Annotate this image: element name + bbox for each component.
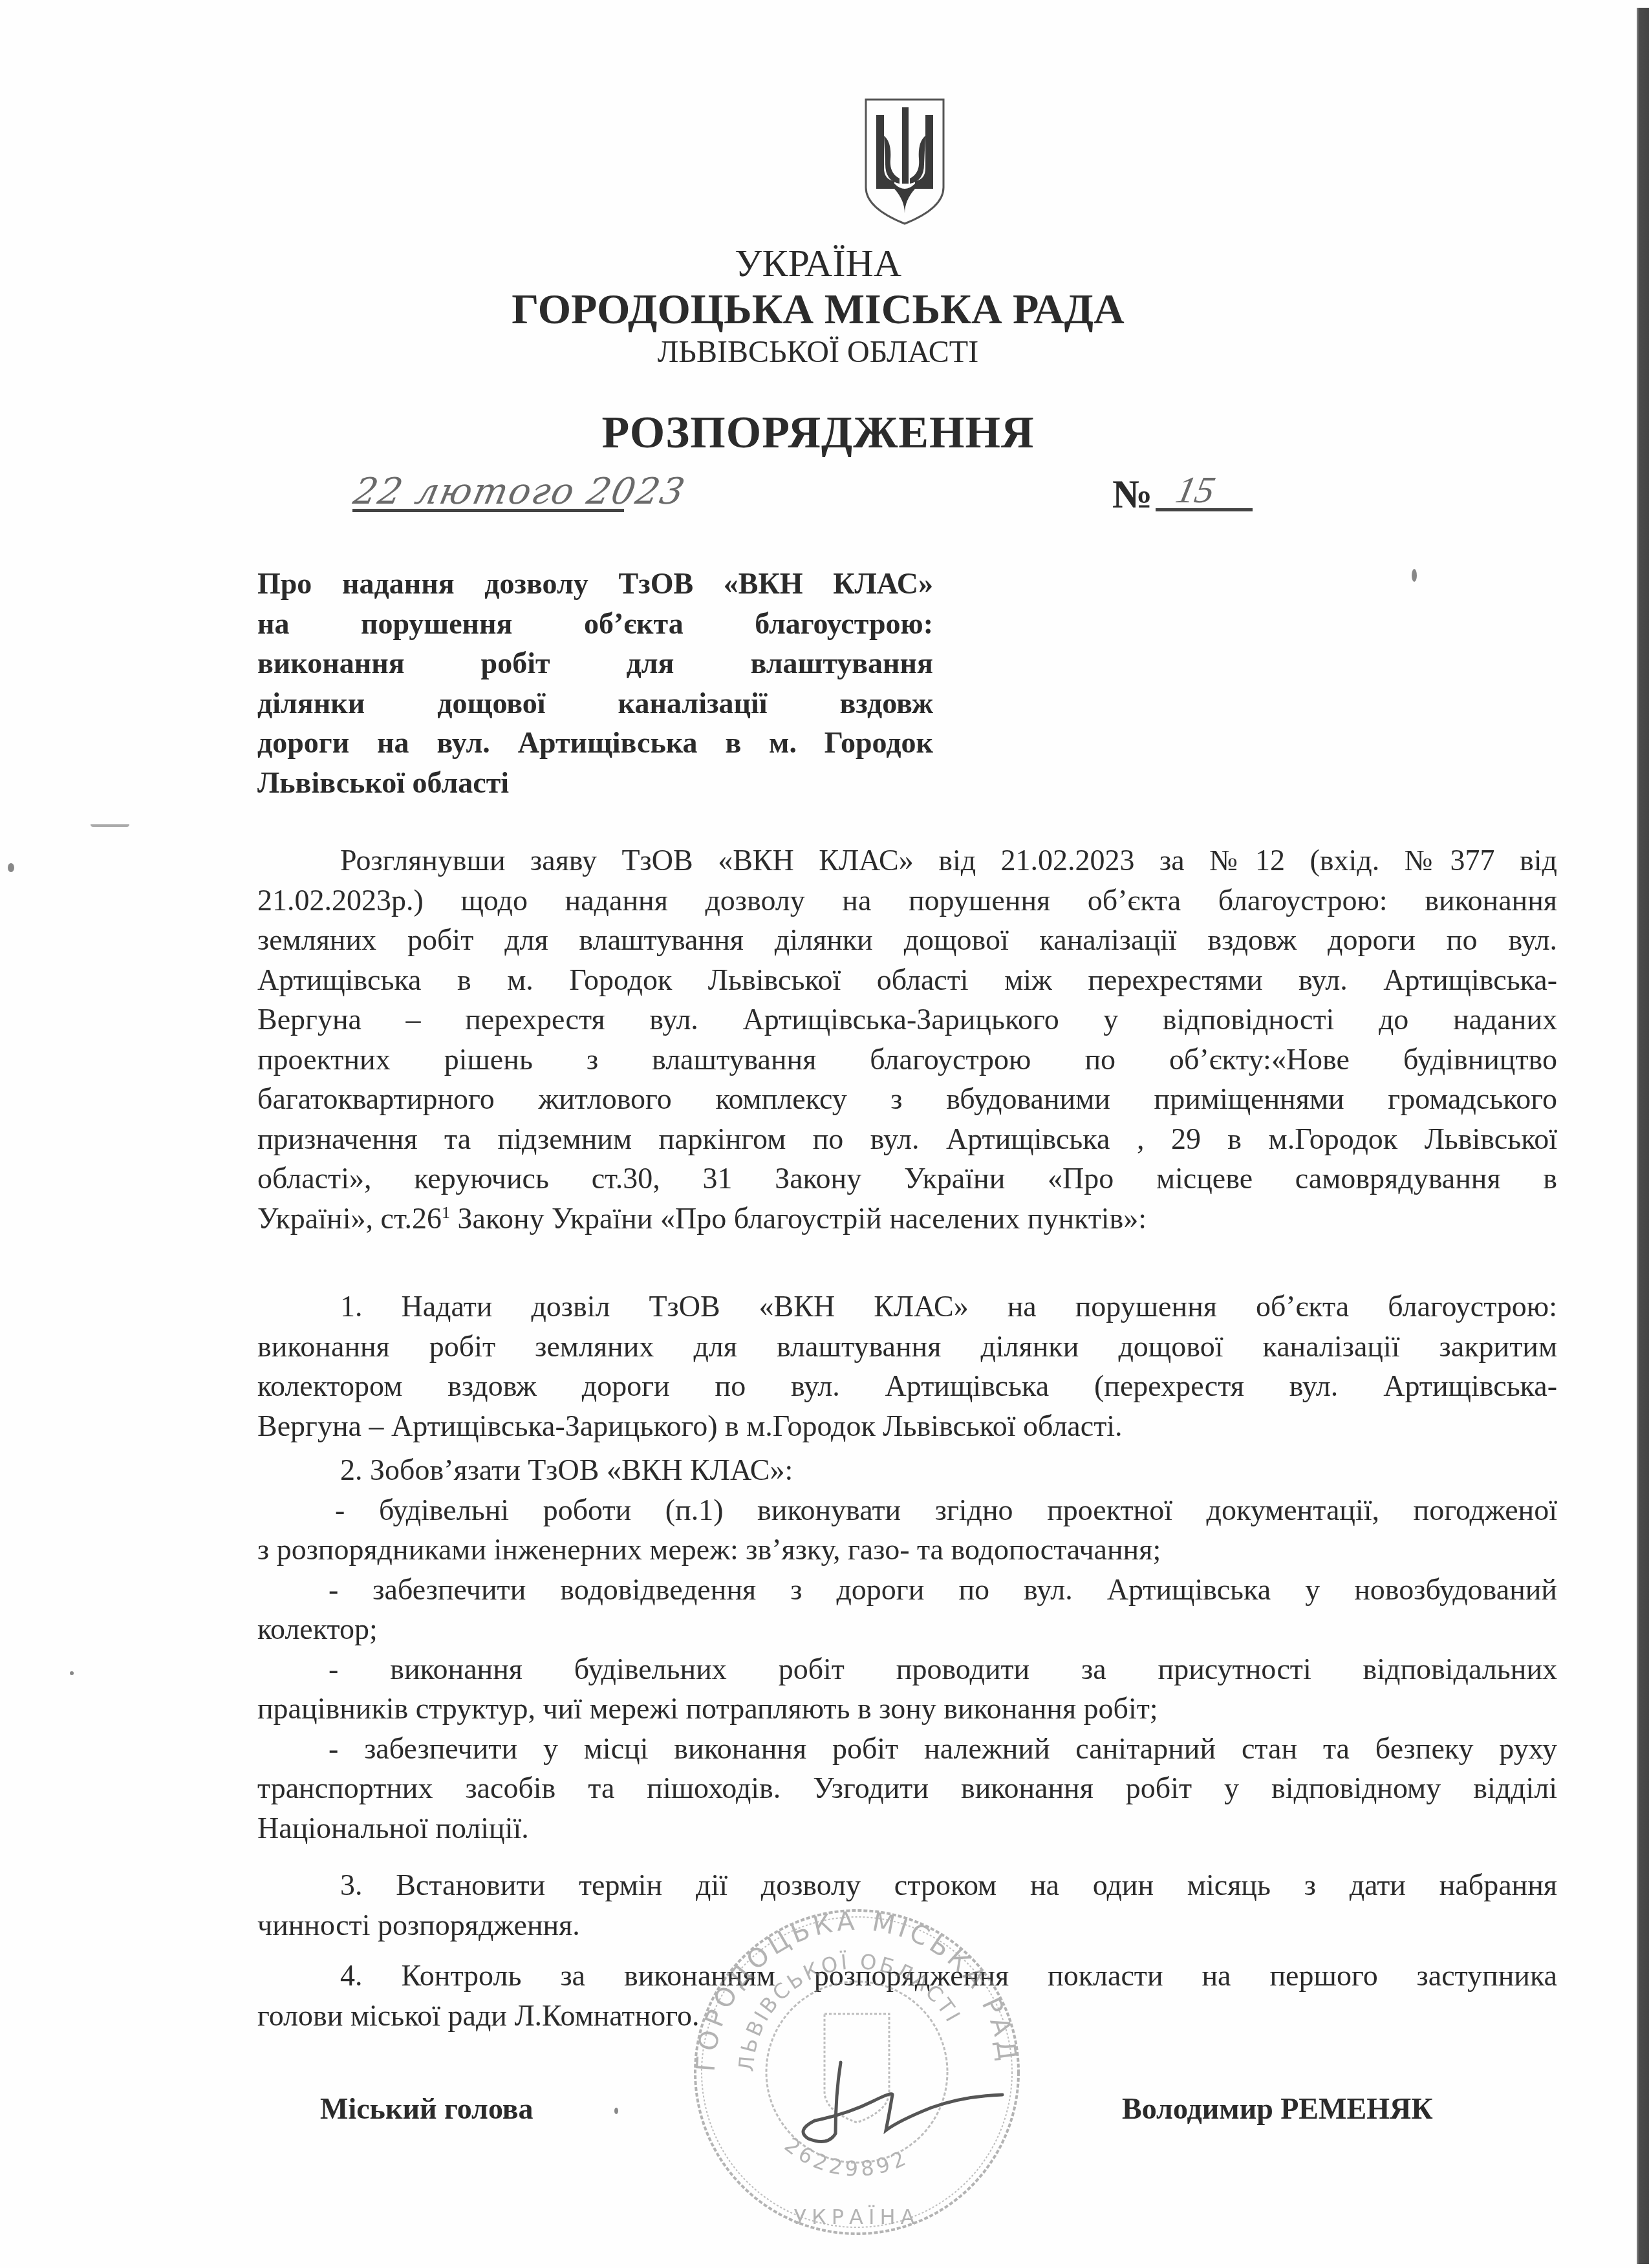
stamp-outer-text: ГОРОДОЦЬКА МІСЬКА РАДА bbox=[676, 1878, 1022, 2073]
preamble-line: області», керуючись ст.30, 31 Закону Укр… bbox=[257, 1159, 1557, 1199]
document-type-heading: РОЗПОРЯДЖЕННЯ bbox=[0, 406, 1636, 460]
scan-speck bbox=[70, 1671, 74, 1675]
subject-block: Про надання дозволу ТзОВ «ВКН КЛАС» на п… bbox=[257, 564, 933, 802]
number-label: № bbox=[1112, 472, 1152, 518]
bullet-line: Національної поліції. bbox=[257, 1808, 1557, 1848]
preamble-line: Вергуна – перехрестя вул. Артищівська-За… bbox=[257, 1000, 1557, 1040]
preamble-line: 21.02.2023р.) щодо надання дозволу на по… bbox=[257, 881, 1557, 921]
subject-line: дороги на вул. Артищівська в м. Городок bbox=[257, 723, 933, 763]
subject-line: Про надання дозволу ТзОВ «ВКН КЛАС» bbox=[257, 564, 933, 604]
oblast-heading: ЛЬВІВСЬКОЇ ОБЛАСТІ bbox=[0, 333, 1636, 372]
scan-speck bbox=[8, 863, 14, 872]
preamble-line: проектних рішень з влаштування благоустр… bbox=[257, 1040, 1557, 1080]
bullet-line: - забезпечити у місці виконання робіт на… bbox=[257, 1729, 1557, 1769]
item-heading: 2. Зобов’язати ТзОВ «ВКН КЛАС»: bbox=[257, 1450, 1557, 1490]
preamble-line: Розглянувши заяву ТзОВ «ВКН КЛАС» від 21… bbox=[257, 840, 1557, 881]
bullet-line: працівників структур, чиї мережі потрапл… bbox=[257, 1689, 1557, 1729]
bullet-line: - забезпечити водовідведення з дороги по… bbox=[257, 1570, 1557, 1610]
order-item-1: 1. Надати дозвіл ТзОВ «ВКН КЛАС» на пору… bbox=[257, 1287, 1557, 1446]
preamble-line: земляних робіт для влаштування ділянки д… bbox=[257, 920, 1557, 960]
subject-line: виконання робіт для влаштування bbox=[257, 643, 933, 683]
preamble-paragraph: Розглянувши заяву ТзОВ «ВКН КЛАС» від 21… bbox=[257, 840, 1557, 1238]
signatory-title: Міський голова bbox=[320, 2091, 533, 2126]
scanner-edge-strip bbox=[1637, 8, 1649, 2264]
tryzub-icon bbox=[862, 97, 947, 226]
subject-line: на порушення об’єкта благоустрою: bbox=[257, 604, 933, 644]
subject-line: ділянки дощової каналізації вздовж bbox=[257, 683, 933, 723]
scan-speck bbox=[614, 2108, 618, 2114]
document-page: УКРАЇНА ГОРОДОЦЬКА МІСЬКА РАДА ЛЬВІВСЬКО… bbox=[0, 0, 1649, 2268]
preamble-line: призначення та підземним паркінгом по ву… bbox=[257, 1119, 1557, 1159]
bullet-line: колектор; bbox=[257, 1609, 1557, 1649]
preamble-line: Україні», ст.261 Закону України «Про бла… bbox=[257, 1199, 1557, 1239]
superscript: 1 bbox=[442, 1203, 450, 1221]
country-heading: УКРАЇНА bbox=[0, 241, 1636, 286]
subject-line: Львівської області bbox=[257, 763, 933, 803]
council-heading: ГОРОДОЦЬКА МІСЬКА РАДА bbox=[0, 284, 1636, 335]
preamble-text: Закону України «Про благоустрій населени… bbox=[458, 1202, 1147, 1235]
bullet-line: транспортних засобів та пішоходів. Узгод… bbox=[257, 1768, 1557, 1808]
item-line: Вергуна – Артищівська-Зарицького) в м.Го… bbox=[257, 1406, 1557, 1446]
item-line: 1. Надати дозвіл ТзОВ «ВКН КЛАС» на пору… bbox=[257, 1287, 1557, 1327]
signatory-name: Володимир РЕМЕНЯК bbox=[1122, 2091, 1432, 2126]
stamp-bottom-text: УКРАЇНА bbox=[794, 2205, 920, 2229]
item-line: колектором вздовж дороги по вул. Артищів… bbox=[257, 1366, 1557, 1406]
preamble-text: Україні», ст.26 bbox=[257, 1202, 442, 1235]
preamble-line: Артищівська в м. Городок Львівської обла… bbox=[257, 960, 1557, 1000]
bullet-line: з розпорядниками інженерних мереж: зв’яз… bbox=[257, 1530, 1557, 1570]
scan-mark bbox=[91, 824, 129, 827]
preamble-line: багатоквартирного житлового комплексу з … bbox=[257, 1079, 1557, 1119]
svg-text:ГОРОДОЦЬКА МІСЬКА РАДА: ГОРОДОЦЬКА МІСЬКА РАДА bbox=[676, 1878, 1022, 2073]
bullet-line: - виконання будівельних робіт проводити … bbox=[257, 1649, 1557, 1689]
handwritten-date: 22 лютого 2023 bbox=[350, 471, 689, 513]
scan-speck bbox=[1412, 569, 1417, 582]
handwritten-signature bbox=[763, 2056, 1022, 2146]
order-item-2: 2. Зобов’язати ТзОВ «ВКН КЛАС»: - будіве… bbox=[257, 1450, 1557, 1848]
bullet-line: - будівельні роботи (п.1) виконувати згі… bbox=[257, 1490, 1557, 1530]
item-line: виконання робіт земляних для влаштування… bbox=[257, 1327, 1557, 1367]
